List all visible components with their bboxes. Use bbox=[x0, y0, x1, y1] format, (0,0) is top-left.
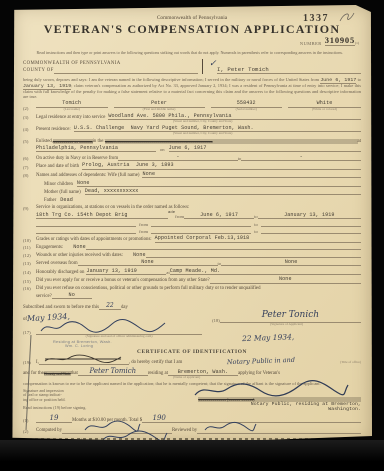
form-item-8: (8) Names and addresses of dependents: W… bbox=[23, 172, 361, 178]
sworn-num18: (18) bbox=[212, 318, 220, 323]
form-item-9-unit: 18th Trg Co. 154th Depot Brig ade from J… bbox=[23, 213, 361, 219]
months-handwritten: 19 bbox=[36, 414, 72, 423]
first-name-caption: (First and middle name) bbox=[114, 108, 205, 112]
item9-b1-to: to bbox=[254, 222, 258, 227]
oath-to-word: to bbox=[358, 77, 361, 82]
item15-label: Did you ever apply for or receive a bonu… bbox=[36, 278, 210, 283]
oath-paragraph: being duly sworn, deposes and says: I am… bbox=[23, 77, 361, 100]
notary-typed-line2: Washington. bbox=[158, 407, 361, 412]
struck-name-scribble bbox=[43, 354, 123, 364]
item9-b2-unit-blank bbox=[36, 229, 136, 234]
cert-residing: residing at bbox=[148, 371, 168, 376]
item9-b2-from-blank bbox=[151, 229, 251, 234]
number-suffix: (1) bbox=[355, 41, 359, 46]
service-period-to: January 13, 1919 bbox=[258, 213, 361, 219]
form-item-9-blank1: from to bbox=[23, 222, 361, 227]
application-number: NUMBER 310905 (1) bbox=[300, 35, 359, 46]
form-item-5b: Philadelphia, Pennsylvania on June 6, 19… bbox=[23, 146, 361, 152]
item14-label: Honorably discharged on bbox=[36, 270, 84, 275]
reviewed-by-signature bbox=[203, 421, 258, 433]
form-item-16b: service? No bbox=[23, 293, 361, 299]
other-state-value: None bbox=[210, 277, 361, 283]
notary-right: xxxxxxxxxxxxxx (xxxxxx xxxxxx) Notary Pu… bbox=[158, 389, 361, 412]
item9-from-word: from bbox=[175, 214, 184, 219]
navy-from-value: - bbox=[118, 155, 238, 161]
reviewed-by-line bbox=[197, 426, 361, 434]
certificate-date-handwritten: 22 May 1934, bbox=[242, 330, 361, 343]
cert-name-caption: (Name of applicant) bbox=[173, 376, 361, 380]
sworn-block: Subscribed and sworn to before me this 2… bbox=[23, 302, 361, 348]
enlistment-place-value: Philadelphia, Pennsylvania bbox=[36, 146, 156, 152]
item9-b1-from-blank bbox=[151, 222, 251, 227]
applicant-signature: Peter Tonich bbox=[262, 310, 319, 320]
item9-b2-to: to bbox=[254, 229, 258, 234]
form-item-5: (5) Enlisted, xxxxxxxxxx xx xxxxxxx in t… bbox=[23, 139, 361, 144]
form-item-2: (2) Tomich(Last name) Peter(First and mi… bbox=[23, 101, 361, 111]
oath-body-post: ; claim veteran's compensation as author… bbox=[23, 83, 361, 99]
sworn-day-handwritten: 22 bbox=[99, 302, 121, 310]
item5-struck-option2: xxxxxxxxxxxxxxxxxxxxxxxxxxxxxxxxxxxxxxxx… bbox=[105, 139, 358, 144]
item14-number: (14) bbox=[23, 270, 36, 275]
item12-number: (12) bbox=[23, 253, 36, 258]
last-name-caption: (Last name) bbox=[36, 108, 108, 112]
item7-number: (7) bbox=[23, 165, 36, 170]
item13-number: (13) bbox=[23, 261, 36, 266]
cert-struck-words: County and State bbox=[44, 371, 71, 376]
serial-number-caption: (Serial number) bbox=[211, 108, 283, 112]
cert-title-handwritten: Notary Public in and bbox=[182, 354, 340, 368]
engagements-value: None bbox=[73, 245, 86, 250]
item5-word2: in the: bbox=[93, 139, 105, 144]
item10-number: (10) bbox=[23, 238, 36, 243]
form-item-8-father: Father Dead bbox=[23, 198, 361, 203]
cert-name-blank bbox=[39, 357, 129, 365]
cert-title-caption: (Title of office) bbox=[340, 361, 361, 365]
grades-value: Appointed Corporal Feb.13,1918 bbox=[155, 236, 361, 242]
item11-blank bbox=[86, 245, 361, 250]
refuse-service-value: No bbox=[52, 293, 92, 299]
reviewed-by-label: Reviewed by bbox=[172, 428, 197, 433]
mother-label: Mother (full name) bbox=[44, 190, 81, 195]
total-handwritten: 190 bbox=[142, 414, 176, 423]
race-caption: (White or colored) bbox=[288, 108, 361, 112]
item3-caption: (Street and number, City, County and Sta… bbox=[173, 120, 361, 124]
sworn-right: (18) Peter Tonich (Signature of Applican… bbox=[202, 302, 361, 348]
item9-label: Service in organizations, at stations or… bbox=[36, 205, 189, 210]
enlistment-date-value: June 6, 1917 bbox=[169, 146, 249, 152]
applicant-name-line: I, Peter Tomich bbox=[217, 67, 361, 73]
item16-label1: Did you ever refuse on conscientious, po… bbox=[36, 286, 260, 291]
number-label: NUMBER bbox=[300, 41, 322, 46]
scanned-form-paper: Commonwealth of Pennsylvania VETERAN'S C… bbox=[11, 5, 372, 443]
form-item-7: (7) Place and date of birth Prolog, Aust… bbox=[23, 163, 361, 169]
item9-b2-to-blank bbox=[261, 229, 361, 234]
item4-number: (4) bbox=[23, 127, 36, 132]
item9-b1-to-blank bbox=[261, 222, 361, 227]
cert-for-the: and for the bbox=[23, 371, 44, 376]
item9-b1-unit-blank bbox=[36, 222, 136, 227]
navy-to-value: - bbox=[241, 155, 361, 161]
legal-residence-value: Woodland Ave. 5800 Phila., Pennsylvania bbox=[108, 114, 361, 120]
item15-number: (15) bbox=[23, 279, 36, 284]
item10-label: Grades or ratings with dates of appointm… bbox=[36, 237, 152, 242]
mother-value: Dead, xxxxxxxxxxx bbox=[85, 189, 361, 195]
county-label: COUNTY OF bbox=[23, 68, 54, 73]
item6-label: On active duty in Navy or in Reserve fro… bbox=[36, 156, 118, 161]
item4-label: Present residence: bbox=[36, 127, 71, 132]
cert-certify-text: , do hereby certify that I am bbox=[129, 360, 182, 365]
form-item-15: (15) Did you ever apply for or receive a… bbox=[23, 277, 361, 283]
venue-right: ✓ I, Peter Tomich bbox=[217, 67, 361, 73]
notary-signature-scribble bbox=[191, 381, 351, 399]
sworn-left: Subscribed and sworn to before me this 2… bbox=[23, 302, 202, 348]
item12-label: Wounds or other injuries received with d… bbox=[36, 253, 123, 258]
form-item-9: (9) Service in organizations, at station… bbox=[23, 205, 361, 210]
item11-label: Engagements: bbox=[36, 245, 63, 250]
officer-signature-scribble bbox=[38, 320, 168, 334]
item5-struck-option1: xxxxxxxxxx xx xxxxxxx bbox=[53, 139, 93, 144]
item16-label2: service? bbox=[36, 294, 52, 299]
notary-stamp-line2: Wm. C. Loring bbox=[65, 344, 202, 348]
sworn-day-word: day bbox=[121, 305, 128, 310]
item12-blank bbox=[146, 253, 361, 258]
minor-children-value: None bbox=[77, 181, 361, 187]
item5-word1: Enlisted, bbox=[36, 139, 53, 144]
venue-left: COMMONWEALTH OF PENNSYLVANIA COUNTY OF bbox=[23, 61, 198, 74]
officer-signature-line bbox=[36, 326, 202, 335]
item9-b2-from: from bbox=[139, 229, 148, 234]
cert-applying: applying for Veteran's bbox=[238, 371, 280, 376]
item11-number: (11) bbox=[23, 245, 36, 250]
discharge-date-value: January 13, 1919 bbox=[86, 269, 166, 275]
form-item-8-minor: Minor children None bbox=[23, 181, 361, 187]
venue-block: COMMONWEALTH OF PENNSYLVANIA COUNTY OF ✓… bbox=[23, 59, 361, 74]
sworn-line-pre: Subscribed and sworn to before me this bbox=[23, 305, 99, 310]
pencil-scribble-mark bbox=[337, 10, 357, 24]
item7-label: Place and date of birth bbox=[36, 164, 79, 169]
check-mark: ✓ bbox=[209, 59, 217, 69]
commonwealth-line: COMMONWEALTH OF PENNSYLVANIA bbox=[23, 61, 198, 66]
notary-left-notes: Signature and impression of seal or stam… bbox=[23, 389, 158, 412]
item13-label: Served overseas from bbox=[36, 261, 78, 266]
read-instructions-note: Read instructions (19) before signing. bbox=[23, 405, 158, 410]
form-item-8-mother: Mother (full name) Dead, xxxxxxxxxxx bbox=[23, 189, 361, 195]
unit-value: 18th Trg Co. 154th Depot Brig bbox=[36, 213, 168, 219]
computation-line2: (2) Computed by Reviewed by bbox=[23, 426, 361, 434]
stamp-number: 1337 bbox=[303, 13, 329, 24]
computation-line1: (1) 19 Months at $10.00 per month. Total… bbox=[23, 414, 361, 423]
unit-superscript: ade bbox=[168, 211, 175, 216]
form-content: Commonwealth of Pennsylvania VETERAN'S C… bbox=[11, 5, 372, 443]
notary-block: Signature and impression of seal or stam… bbox=[23, 389, 361, 412]
wounds-value: None bbox=[133, 253, 146, 258]
officer-signature-caption: (Signature and seal of officer administe… bbox=[36, 335, 202, 339]
item3-label: Legal residence at entry into service bbox=[36, 115, 105, 120]
computed-by-label: Computed by bbox=[36, 428, 62, 433]
minor-children-label: Minor children bbox=[44, 182, 73, 187]
side-note-3: ing office or position held. bbox=[23, 398, 158, 402]
item16-number: (16) bbox=[23, 286, 36, 291]
form-header: Commonwealth of Pennsylvania VETERAN'S C… bbox=[23, 10, 361, 50]
service-period-from: June 6, 1917 bbox=[184, 213, 254, 219]
discharge-place-value: Camp Meade., Md. bbox=[170, 269, 361, 275]
item8-label: Names and addresses of dependents: Wife … bbox=[36, 173, 139, 178]
county-blank bbox=[54, 69, 198, 74]
cert-that-word: that bbox=[71, 371, 78, 376]
father-value: Dead bbox=[60, 198, 73, 203]
item2-number: (2) bbox=[23, 106, 36, 111]
wife-value: None bbox=[142, 172, 361, 178]
item4-caption: (Street and number, City, County and Sta… bbox=[173, 132, 361, 136]
form-item-11: (11) Engagements: None bbox=[23, 245, 361, 250]
applicant-signature-caption: (Signature of Applicant) bbox=[212, 323, 361, 327]
item8-number: (8) bbox=[23, 173, 36, 178]
form-item-12: (12) Wounds or other injuries received w… bbox=[23, 253, 361, 258]
number-value: 310905 bbox=[325, 35, 355, 46]
form-item-10: (10) Grades or ratings with dates of app… bbox=[23, 236, 361, 242]
overseas-from-value: None bbox=[78, 260, 218, 266]
item3-number: (3) bbox=[23, 115, 36, 120]
oath-body-pre: being duly sworn, deposes and says: I am… bbox=[23, 77, 319, 82]
form-item-6: (6) On active duty in Navy or in Reserve… bbox=[23, 155, 361, 161]
scanner-background-band bbox=[0, 440, 384, 471]
father-label: Father bbox=[44, 198, 56, 203]
item5-trailing-blank bbox=[249, 147, 361, 152]
cert-applicant-name-hw: Peter Tomich bbox=[78, 367, 148, 376]
birth-place-date-value: Prolog, Austria June 3, 1893 bbox=[82, 163, 361, 169]
instructions-text: Read instructions and then type or print… bbox=[37, 51, 348, 56]
form-item-9-blank2: from to bbox=[23, 229, 361, 234]
overseas-to-value: None bbox=[221, 260, 361, 266]
item9-b1-from: from bbox=[139, 222, 148, 227]
form-item-14: (14) Honorably discharged on January 13,… bbox=[23, 269, 361, 275]
item6-number: (6) bbox=[23, 156, 36, 161]
item5-word3: at bbox=[358, 139, 361, 144]
certificate-line1: (19) I, , do hereby certify that I am No… bbox=[23, 357, 361, 365]
item5-on-word: on bbox=[160, 147, 165, 152]
form-item-13: (13) Served overseas from None to None bbox=[23, 260, 361, 266]
item5-number: (5) bbox=[23, 139, 36, 144]
item9-number: (9) bbox=[23, 206, 36, 211]
form-item-16: (16) Did you ever refuse on conscientiou… bbox=[23, 286, 361, 291]
